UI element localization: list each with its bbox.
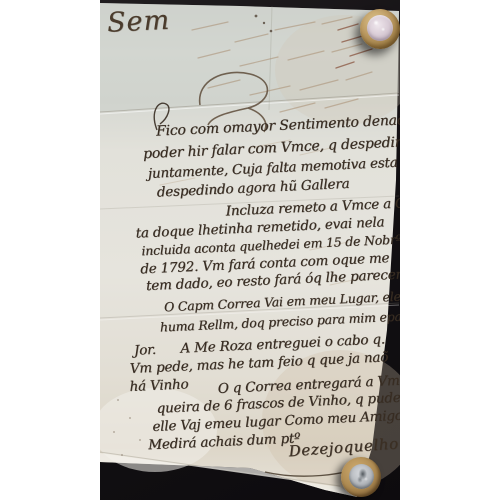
letter-line: há Vinho — [129, 376, 188, 395]
coin-top — [360, 9, 400, 49]
signature: Dezejoquelho — [288, 434, 399, 460]
coin-top-centre — [367, 15, 393, 41]
handwritten-text: Sem Fico com omayor Sentimento denaõ pod… — [100, 0, 400, 499]
auction-photo-canvas: Sem Fico com omayor Sentimento denaõ pod… — [0, 0, 500, 500]
photo: Sem Fico com omayor Sentimento denaõ pod… — [100, 0, 400, 500]
coin-bottom — [341, 457, 381, 497]
coin-bottom-centre — [349, 464, 374, 489]
letter-heading: Sem — [106, 5, 170, 39]
